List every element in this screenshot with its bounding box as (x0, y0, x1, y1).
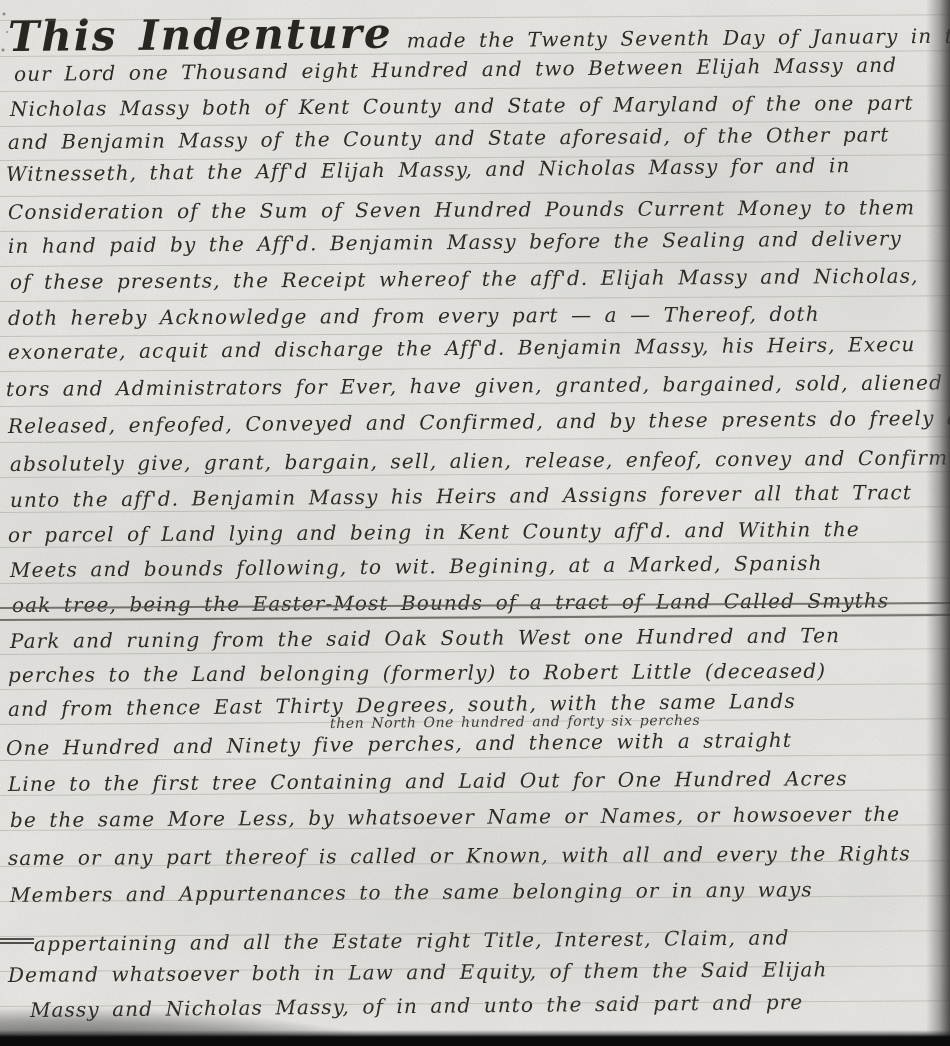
manuscript-line: Consideration of the Sum of Seven Hundre… (8, 195, 915, 224)
manuscript-line: exonerate, acquit and discharge the Aff'… (8, 332, 916, 364)
manuscript-line: absolutely give, grant, bargain, sell, a… (10, 445, 948, 476)
page-edge-shadow-bottom (0, 1030, 950, 1046)
manuscript-line: same or any part thereof is called or Kn… (8, 841, 911, 870)
manuscript-line: or parcel of Land lying and being in Ken… (8, 517, 860, 547)
manuscript-line: of these presents, the Receipt whereof t… (10, 264, 919, 294)
manuscript-line: and Benjamin Massy of the County and Sta… (8, 122, 890, 154)
manuscript-line: Released, enfeofed, Conveyed and Confirm… (8, 405, 950, 438)
page-edge-shadow-right (926, 0, 950, 1046)
manuscript-line: Park and runing from the said Oak South … (10, 623, 840, 653)
manuscript-line: Demand whatsoever both in Law and Equity… (8, 957, 828, 987)
manuscript-line: Meets and bounds following, to wit. Begi… (10, 551, 823, 582)
manuscript-line: One Hundred and Ninety five perches, and… (6, 728, 792, 760)
manuscript-line: oak tree, being the Easter-Most Bounds o… (12, 588, 889, 617)
manuscript-line: tors and Administrators for Ever, have g… (6, 370, 943, 401)
manuscript-line: Witnesseth, that the Aff'd Elijah Massy,… (6, 153, 851, 186)
manuscript-line: perches to the Land belonging (formerly)… (8, 659, 826, 687)
manuscript-line: doth hereby Acknowledge and from every p… (8, 302, 820, 330)
manuscript-line: Massy and Nicholas Massy, of in and unto… (30, 990, 804, 1022)
manuscript-line: appertaining and all the Estate right Ti… (34, 925, 790, 956)
opening-words: This Indenture (8, 9, 393, 61)
manuscript-line: Line to the first tree Containing and La… (8, 766, 848, 796)
margin-strike-mark (0, 938, 34, 944)
ledger-rule-line (0, 400, 950, 407)
manuscript-line: be the same More Less, by whatsoever Nam… (10, 802, 900, 832)
line-text: made the Twenty Seventh Day of January i… (407, 23, 950, 53)
manuscript-line: Members and Appurtenances to the same be… (10, 877, 813, 907)
scanned-deed-page: This Indenturemade the Twenty Seventh Da… (0, 0, 950, 1046)
manuscript-line: Nicholas Massy both of Kent County and S… (10, 91, 914, 121)
manuscript-line: in hand paid by the Aff'd. Benjamin Mass… (8, 226, 902, 258)
ledger-rule-line (0, 436, 950, 443)
manuscript-line: This Indenturemade the Twenty Seventh Da… (8, 3, 950, 61)
manuscript-line: unto the aff'd. Benjamin Massy his Heirs… (10, 480, 912, 512)
